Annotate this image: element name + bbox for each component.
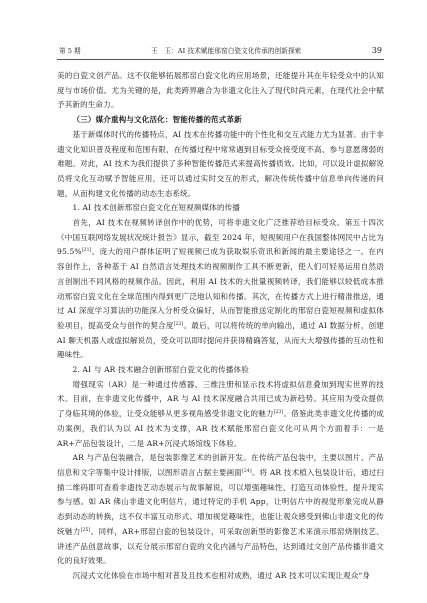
page-number: 39: [372, 44, 382, 58]
citation-21[interactable]: [21]: [82, 248, 92, 253]
paragraph-continued: 美的白瓷文创产品。这不仅能够拓展邢窑白瓷文化的应用场景，还能提升其在年轻受众中的…: [57, 69, 384, 113]
article-body: 美的白瓷文创产品。这不仅能够拓展邢窑白瓷文化的应用场景，还能提升其在年轻受众中的…: [57, 69, 384, 584]
running-header: 第 5 期 王 玉：AI 技术赋能邢窑白瓷文化传承的创新探索 39: [57, 44, 384, 58]
subheading-short-video: 1. AI 技术创新邢窑白瓷文化在短视频媒体的传播: [57, 201, 384, 216]
citation-24[interactable]: [24]: [242, 469, 252, 474]
subheading-ar-fusion: 2. AI 与 AR 技术融合创新邢窑白瓷文化的传播体验: [57, 363, 384, 378]
paragraph-ar-definition: 增强现实（AR）是一种通过传感器、三维注册和显示技术将虚拟信息叠加到现实世界的技…: [57, 378, 384, 452]
header-divider: [57, 59, 384, 60]
citation-25[interactable]: [25]: [81, 528, 91, 533]
paragraph-short-video: 首先，AI 技术在视频转译创作中的优势，可将非遗文化广泛推荐给目标受众。第五十四…: [57, 216, 384, 363]
running-title: 王 玉：AI 技术赋能邢窑白瓷文化传承的创新探索: [151, 44, 301, 58]
text-segment: 。庞大的用户群体证明了短视频已成为获取娱乐资讯和新闻的最主要途径之一。在内容创作…: [57, 247, 384, 330]
paragraph-immersive: 沉浸式文化体验在市场中相对普及且技术也相对成熟，通过 AR 技术可以实现让观众“…: [57, 569, 384, 584]
section-heading-3: （三）媒介重构与文化活化：智能传播的范式革新: [57, 113, 384, 128]
paragraph-ar-packaging: AR 与产品包装融合，是包装影像艺术的创新开发。在传统产品包装中，主要以图片、产…: [57, 451, 384, 569]
text-segment: 。将 AR 技术植入包装设计后，通过扫描二维码即可查看非遗技艺动态展示与故事解说…: [57, 468, 384, 536]
citation-22[interactable]: [22]: [174, 322, 184, 327]
citation-23[interactable]: [23]: [274, 410, 284, 415]
text-segment: 。同样，AR+邢窑白瓷的包装设计，可采取创新型的影像艺术来演示邢窑烧制技艺、讲述…: [57, 527, 384, 565]
journal-page: 第 5 期 王 玉：AI 技术赋能邢窑白瓷文化传承的创新探索 39 美的白瓷文创…: [57, 0, 384, 603]
paragraph-new-media: 基于新媒体时代的传播特点，AI 技术在传播功能中的个性化和交互式能力尤为显著。由…: [57, 128, 384, 202]
issue-label: 第 5 期: [59, 44, 81, 58]
